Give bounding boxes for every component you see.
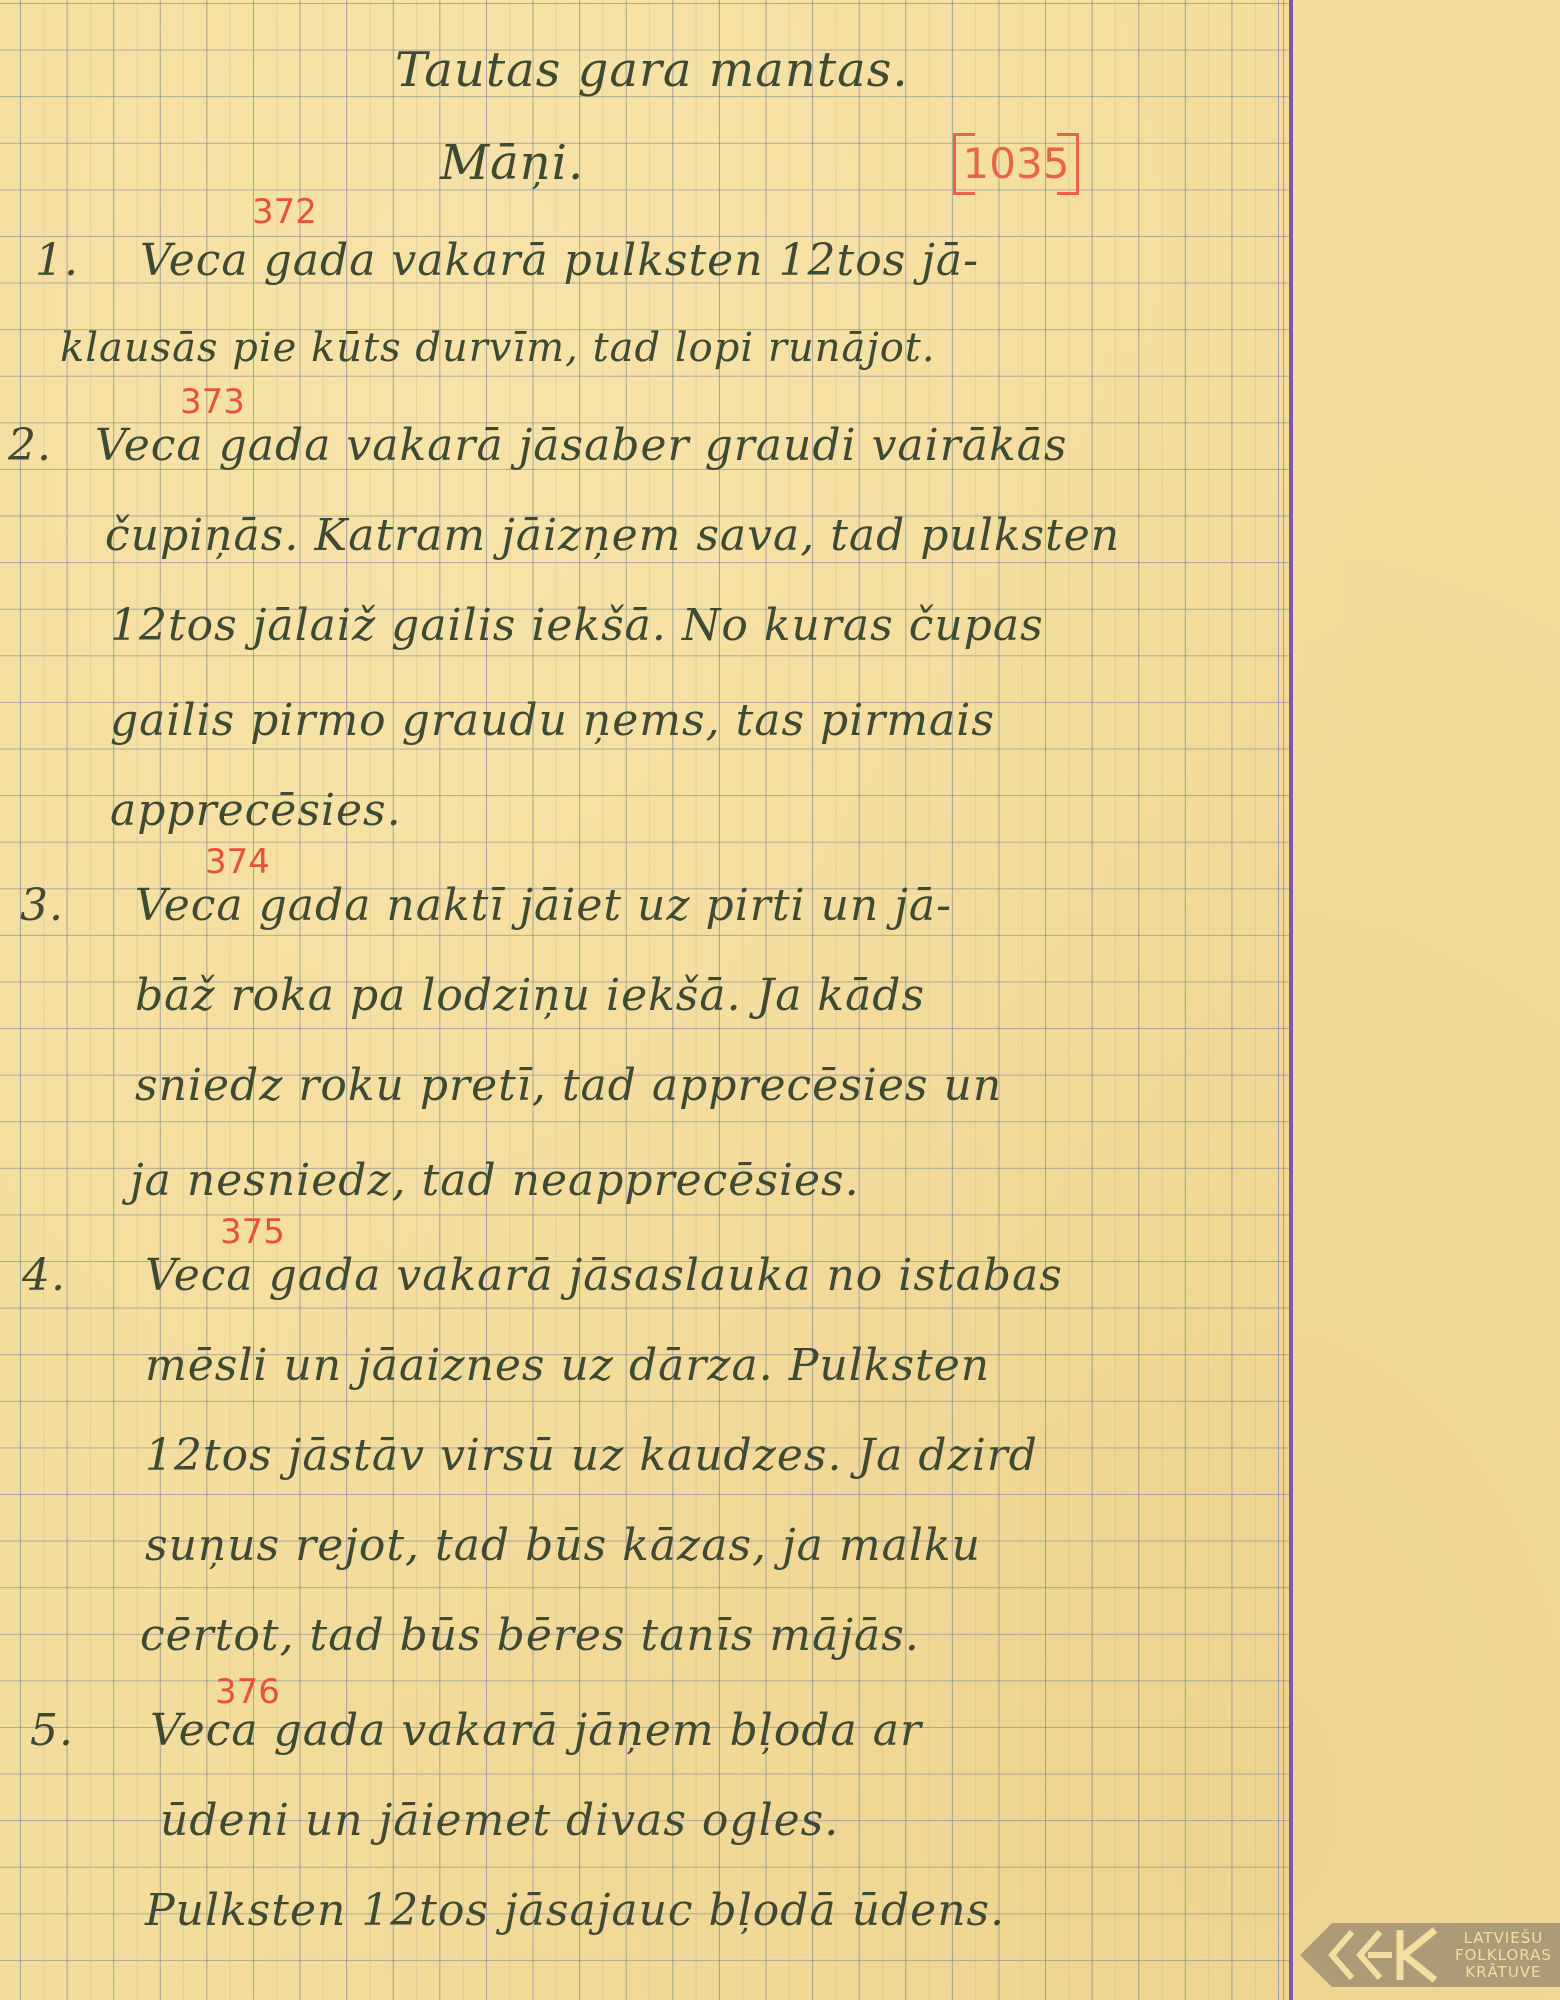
page-number: 1035 bbox=[963, 139, 1070, 188]
entry-line: mēsli un jāaiznes uz dārza. Pulksten bbox=[145, 1340, 990, 1391]
margin-line bbox=[1289, 0, 1293, 2000]
section-title: Māņi. bbox=[440, 135, 584, 191]
archive-number: 374 bbox=[205, 845, 270, 879]
entry-line: bāž roka pa lodziņu iekšā. Ja kāds bbox=[135, 970, 925, 1021]
page-title: Tautas gara mantas. bbox=[395, 42, 909, 98]
entry-line: Veca gada vakarā jāsaber graudi vairākās bbox=[95, 420, 1067, 471]
archive-number: 375 bbox=[220, 1215, 285, 1249]
entry-line: klausās pie kūts durvīm, tad lopi runājo… bbox=[60, 325, 936, 371]
entry-line: Pulksten 12tos jāsajauc bļodā ūdens. bbox=[145, 1885, 1005, 1936]
entry-line: suņus rejot, tad būs kāzas, ja malku bbox=[145, 1520, 981, 1571]
entry-number: 5. bbox=[30, 1705, 74, 1756]
logo-line-2: FOLKLORAS bbox=[1455, 1947, 1552, 1964]
entry-number: 1. bbox=[35, 235, 79, 286]
entry-line: čupiņās. Katram jāizņem sava, tad pulkst… bbox=[105, 510, 1120, 561]
logo-line-1: LATVIEŠU bbox=[1455, 1930, 1552, 1947]
entry-number: 2. bbox=[8, 420, 52, 471]
entry-line: Veca gada vakarā pulksten 12tos jā- bbox=[140, 235, 979, 286]
entry-line: apprecēsies. bbox=[110, 785, 402, 836]
archive-number: 376 bbox=[215, 1675, 280, 1709]
entry-number: 4. bbox=[22, 1250, 66, 1301]
entry-number: 3. bbox=[20, 880, 64, 931]
entry-line: ja nesniedz, tad neapprecēsies. bbox=[130, 1155, 860, 1206]
entry-line: ūdeni un jāiemet divas ogles. bbox=[160, 1795, 839, 1846]
entry-line: 12tos jāstāv virsū uz kaudzes. Ja dzird bbox=[145, 1430, 1038, 1481]
entry-line: cērtot, tad būs bēres tanīs mājās. bbox=[140, 1610, 920, 1661]
entry-line: 12tos jālaiž gailis iekšā. No kuras čupa… bbox=[110, 600, 1044, 651]
entry-line: Veca gada naktī jāiet uz pirti un jā- bbox=[135, 880, 952, 931]
archive-number: 372 bbox=[252, 195, 317, 229]
margin-guide bbox=[1283, 0, 1284, 2000]
entry-line: Veca gada vakarā jāsaslauka no istabas bbox=[145, 1250, 1063, 1301]
entry-line: Veca gada vakarā jāņem bļoda ar bbox=[150, 1705, 922, 1756]
archive-number: 373 bbox=[180, 385, 245, 419]
entry-line: sniedz roku pretī, tad apprecēsies un bbox=[135, 1060, 1002, 1111]
lfk-logo-text: LATVIEŠU FOLKLORAS KRĀTUVE bbox=[1455, 1930, 1552, 1981]
entry-line: gailis pirmo graudu ņems, tas pirmais bbox=[110, 695, 995, 746]
page-number-box: 1035 bbox=[953, 133, 1079, 195]
logo-line-3: KRĀTUVE bbox=[1455, 1964, 1552, 1981]
